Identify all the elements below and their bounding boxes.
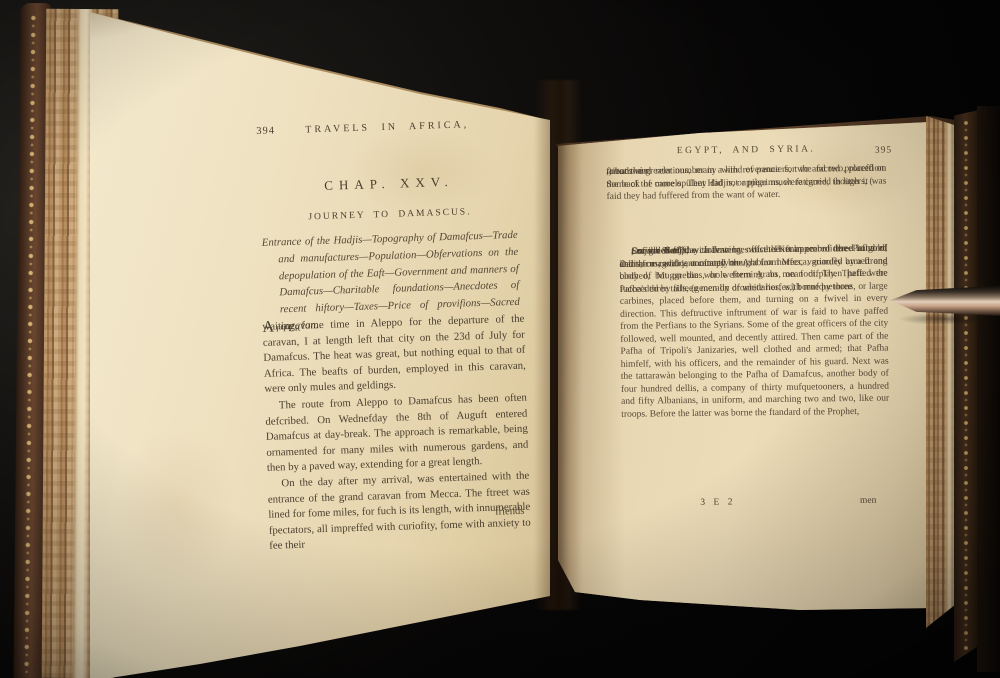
gilt-tooling-left <box>22 13 40 673</box>
left-catchword: friends <box>495 504 525 521</box>
right-page-content: EGYPT, AND SYRIA. 395 friends and relati… <box>606 143 891 536</box>
printer-signature: 3 E 2 <box>700 496 735 509</box>
paragraph: The route from Aleppo to Damafcus has be… <box>265 391 529 477</box>
chapter-subtitle: JOURNEY TO DAMASCUS. <box>259 204 521 228</box>
gutter-shadow <box>534 80 582 610</box>
paragraph: On the Saturday following, was the entra… <box>607 243 887 246</box>
right-catchword: men <box>860 495 877 508</box>
right-page-number: 395 <box>875 145 892 158</box>
right-leather-cover-edge <box>954 110 979 662</box>
book-photo-scene: 394 TRAVELS IN AFRICA, CHAP. XXV. JOURNE… <box>0 0 1000 678</box>
right-running-header: EGYPT, AND SYRIA. <box>606 143 886 159</box>
right-cover-outer-shadow <box>977 106 1000 672</box>
gilt-tooling-right <box>961 118 971 653</box>
paragraph: On the day after my arrival, was enterta… <box>267 469 531 555</box>
page-stain <box>118 426 238 586</box>
left-page-content: 394 TRAVELS IN AFRICA, CHAP. XXV. JOURNE… <box>256 114 531 542</box>
paragraph-text: waiting fome time in Aleppo for the depa… <box>262 312 526 398</box>
right-page-fore-edge-stack <box>926 116 958 628</box>
chapter-heading: CHAP. XXV. <box>258 172 520 196</box>
right-fore-edge-highlight <box>945 116 954 628</box>
pointer-shadow <box>898 313 990 325</box>
paragraph: friends and relations, many with reveren… <box>606 163 886 166</box>
